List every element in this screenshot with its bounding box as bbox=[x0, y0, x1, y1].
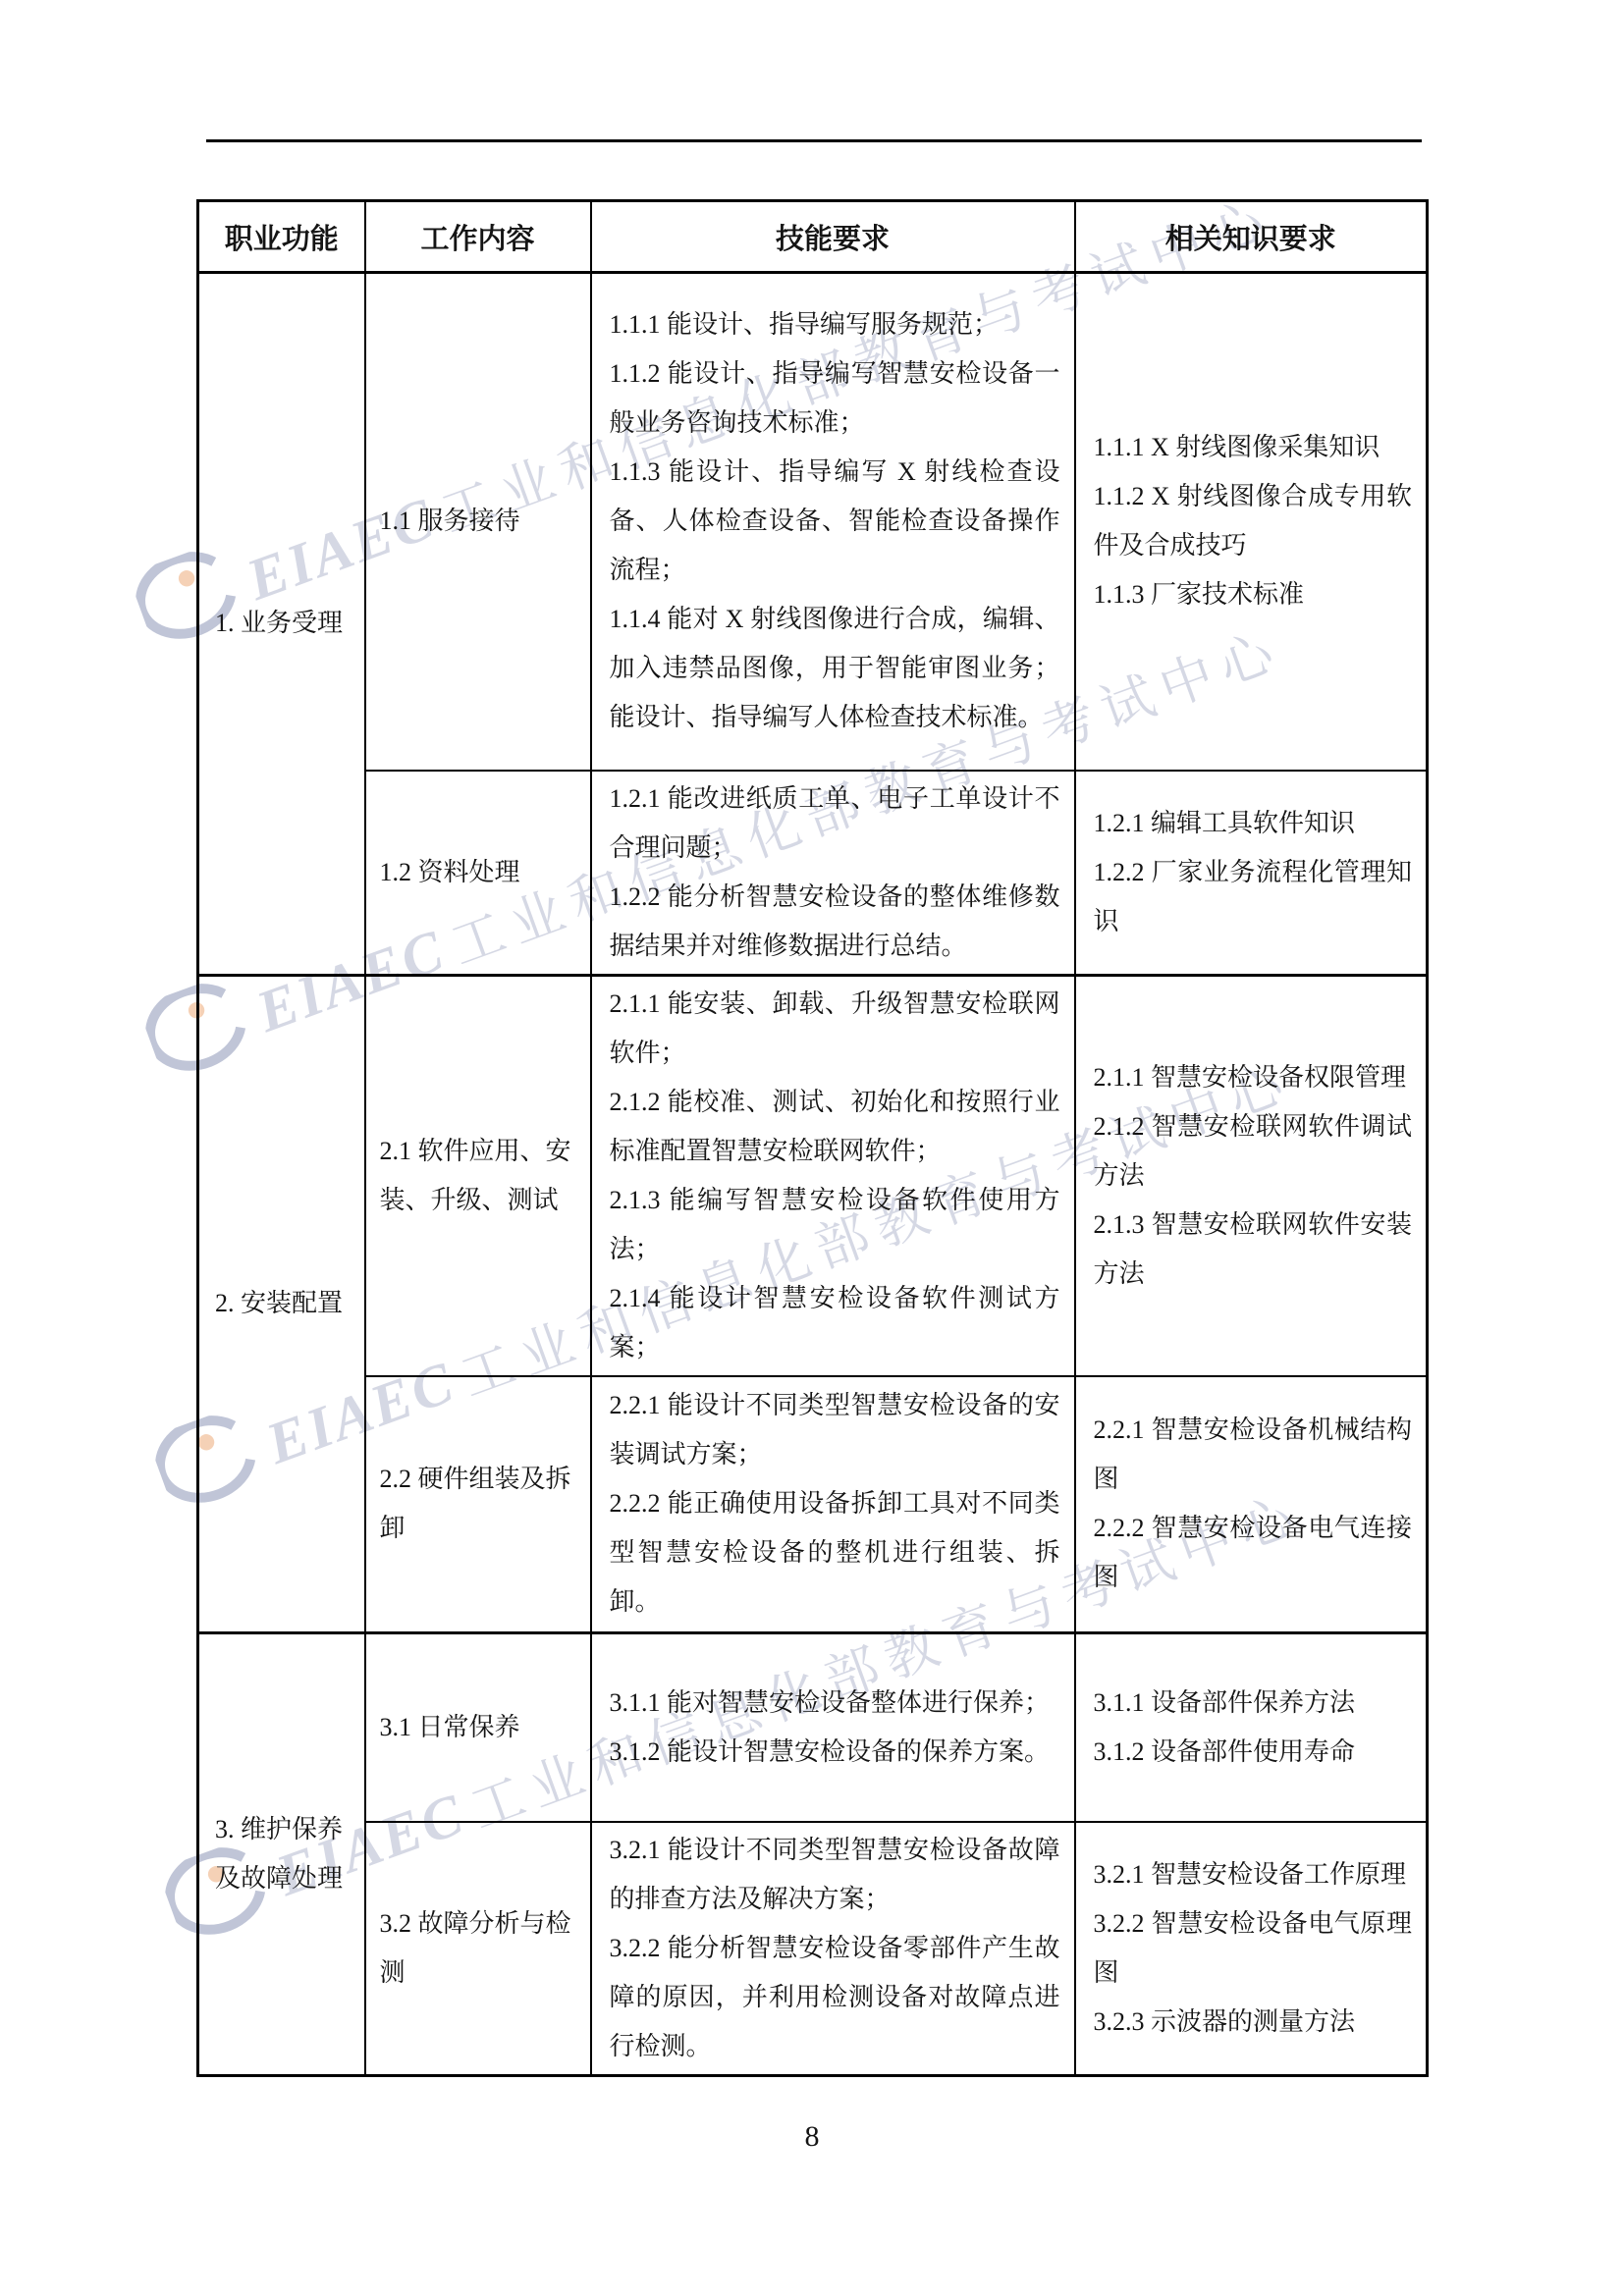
skill-item: 1.2.1 能改进纸质工单、电子工单设计不合理问题； bbox=[610, 774, 1060, 873]
skill-item: 2.1.3 能编写智慧安检设备软件使用方法； bbox=[610, 1176, 1060, 1274]
function-cell: 2. 安装配置 bbox=[198, 975, 365, 1633]
skill-item: 3.2.1 能设计不同类型智慧安检设备故障的排查方法及解决方案； bbox=[610, 1826, 1060, 1924]
knowledge-item: 3.1.2 设备部件使用寿命 bbox=[1094, 1728, 1413, 1777]
table-header-row: 职业功能 工作内容 技能要求 相关知识要求 bbox=[198, 201, 1428, 273]
knowledge-item: 3.2.2 智慧安检设备电气原理图 bbox=[1094, 1899, 1413, 1998]
skill-item: 2.1.2 能校准、测试、初始化和按照行业标准配置智慧安检联网软件； bbox=[610, 1078, 1060, 1176]
skills-cell: 1.1.1 能设计、指导编写服务规范； 1.1.2 能设计、指导编写智慧安检设备… bbox=[591, 273, 1075, 771]
knowledge-item: 1.2.1 编辑工具软件知识 bbox=[1094, 799, 1413, 848]
knowledge-item: 2.2.1 智慧安检设备机械结构图 bbox=[1094, 1406, 1413, 1504]
work-cell: 3.2 故障分析与检测 bbox=[365, 1822, 591, 2076]
table-row: 1. 业务受理 1.1 服务接待 1.1.1 能设计、指导编写服务规范； 1.1… bbox=[198, 273, 1428, 771]
table-row: 3.2 故障分析与检测 3.2.1 能设计不同类型智慧安检设备故障的排查方法及解… bbox=[198, 1822, 1428, 2076]
skills-cell: 3.1.1 能对智慧安检设备整体进行保养； 3.1.2 能设计智慧安检设备的保养… bbox=[591, 1633, 1075, 1822]
skill-item: 2.2.2 能正确使用设备拆卸工具对不同类型智慧安检设备的整机进行组装、拆卸。 bbox=[610, 1479, 1060, 1627]
knowledge-cell: 1.1.1 X 射线图像采集知识 1.1.2 X 射线图像合成专用软件及合成技巧… bbox=[1075, 273, 1428, 771]
skill-item: 1.1.3 能设计、指导编写 X 射线检查设备、人体检查设备、智能检查设备操作流… bbox=[610, 448, 1060, 595]
knowledge-item: 1.1.2 X 射线图像合成专用软件及合成技巧 bbox=[1094, 472, 1413, 570]
skill-item: 3.2.2 能分析智慧安检设备零部件产生故障的原因，并利用检测设备对故障点进行检… bbox=[610, 1924, 1060, 2071]
knowledge-item: 3.2.1 智慧安检设备工作原理 bbox=[1094, 1850, 1413, 1899]
knowledge-cell: 2.2.1 智慧安检设备机械结构图 2.2.2 智慧安检设备电气连接图 bbox=[1075, 1376, 1428, 1633]
skill-item: 3.1.1 能对智慧安检设备整体进行保养； bbox=[610, 1679, 1060, 1728]
column-header-skills: 技能要求 bbox=[591, 201, 1075, 273]
column-header-function: 职业功能 bbox=[198, 201, 365, 273]
knowledge-item: 1.1.3 厂家技术标准 bbox=[1094, 570, 1413, 619]
skills-cell: 3.2.1 能设计不同类型智慧安检设备故障的排查方法及解决方案； 3.2.2 能… bbox=[591, 1822, 1075, 2076]
table-row: 2. 安装配置 2.1 软件应用、安装、升级、测试 2.1.1 能安装、卸载、升… bbox=[198, 975, 1428, 1376]
knowledge-item: 3.1.1 设备部件保养方法 bbox=[1094, 1679, 1413, 1728]
occupational-standard-table: 职业功能 工作内容 技能要求 相关知识要求 1. 业务受理 1.1 服务接待 1… bbox=[196, 199, 1429, 2077]
skills-cell: 1.2.1 能改进纸质工单、电子工单设计不合理问题； 1.2.2 能分析智慧安检… bbox=[591, 771, 1075, 976]
document-page: EIAEC 工业和信息化部教育与考试中心 EIAEC 工业和信息化部教育与考试中… bbox=[0, 0, 1624, 2296]
work-cell: 2.2 硬件组装及拆卸 bbox=[365, 1376, 591, 1633]
knowledge-cell: 3.2.1 智慧安检设备工作原理 3.2.2 智慧安检设备电气原理图 3.2.3… bbox=[1075, 1822, 1428, 2076]
work-cell: 1.2 资料处理 bbox=[365, 771, 591, 976]
knowledge-item: 2.2.2 智慧安检设备电气连接图 bbox=[1094, 1504, 1413, 1602]
function-cell: 1. 业务受理 bbox=[198, 273, 365, 976]
table-row: 3. 维护保养及故障处理 3.1 日常保养 3.1.1 能对智慧安检设备整体进行… bbox=[198, 1633, 1428, 1822]
knowledge-item: 2.1.3 智慧安检联网软件安装方法 bbox=[1094, 1201, 1413, 1299]
skill-item: 2.1.4 能设计智慧安检设备软件测试方案； bbox=[610, 1274, 1060, 1372]
knowledge-cell: 3.1.1 设备部件保养方法 3.1.2 设备部件使用寿命 bbox=[1075, 1633, 1428, 1822]
work-cell: 2.1 软件应用、安装、升级、测试 bbox=[365, 975, 591, 1376]
header-rule bbox=[206, 139, 1422, 142]
work-cell: 1.1 服务接待 bbox=[365, 273, 591, 771]
knowledge-cell: 1.2.1 编辑工具软件知识 1.2.2 厂家业务流程化管理知识 bbox=[1075, 771, 1428, 976]
skill-item: 2.1.1 能安装、卸载、升级智慧安检联网软件； bbox=[610, 980, 1060, 1078]
skill-item: 1.2.2 能分析智慧安检设备的整体维修数据结果并对维修数据进行总结。 bbox=[610, 873, 1060, 971]
skill-item: 1.1.2 能设计、指导编写智慧安检设备一般业务咨询技术标准； bbox=[610, 349, 1060, 448]
knowledge-item: 1.2.2 厂家业务流程化管理知识 bbox=[1094, 848, 1413, 946]
knowledge-item: 2.1.1 智慧安检设备权限管理 bbox=[1094, 1053, 1413, 1102]
skills-cell: 2.2.1 能设计不同类型智慧安检设备的安装调试方案； 2.2.2 能正确使用设… bbox=[591, 1376, 1075, 1633]
skills-cell: 2.1.1 能安装、卸载、升级智慧安检联网软件； 2.1.2 能校准、测试、初始… bbox=[591, 975, 1075, 1376]
knowledge-item: 2.1.2 智慧安检联网软件调试方法 bbox=[1094, 1102, 1413, 1201]
column-header-knowledge: 相关知识要求 bbox=[1075, 201, 1428, 273]
knowledge-cell: 2.1.1 智慧安检设备权限管理 2.1.2 智慧安检联网软件调试方法 2.1.… bbox=[1075, 975, 1428, 1376]
table-row: 1.2 资料处理 1.2.1 能改进纸质工单、电子工单设计不合理问题； 1.2.… bbox=[198, 771, 1428, 976]
skill-item: 2.2.1 能设计不同类型智慧安检设备的安装调试方案； bbox=[610, 1381, 1060, 1479]
knowledge-item: 3.2.3 示波器的测量方法 bbox=[1094, 1998, 1413, 2047]
skill-item: 3.1.2 能设计智慧安检设备的保养方案。 bbox=[610, 1728, 1060, 1777]
table-row: 2.2 硬件组装及拆卸 2.2.1 能设计不同类型智慧安检设备的安装调试方案； … bbox=[198, 1376, 1428, 1633]
work-cell: 3.1 日常保养 bbox=[365, 1633, 591, 1822]
column-header-work: 工作内容 bbox=[365, 201, 591, 273]
knowledge-item: 1.1.1 X 射线图像采集知识 bbox=[1094, 423, 1413, 472]
skill-item: 1.1.4 能对 X 射线图像进行合成，编辑、加入违禁品图像，用于智能审图业务；… bbox=[610, 595, 1060, 742]
function-cell: 3. 维护保养及故障处理 bbox=[198, 1633, 365, 2076]
skill-item: 1.1.1 能设计、指导编写服务规范； bbox=[610, 300, 1060, 349]
page-number: 8 bbox=[0, 2120, 1624, 2154]
